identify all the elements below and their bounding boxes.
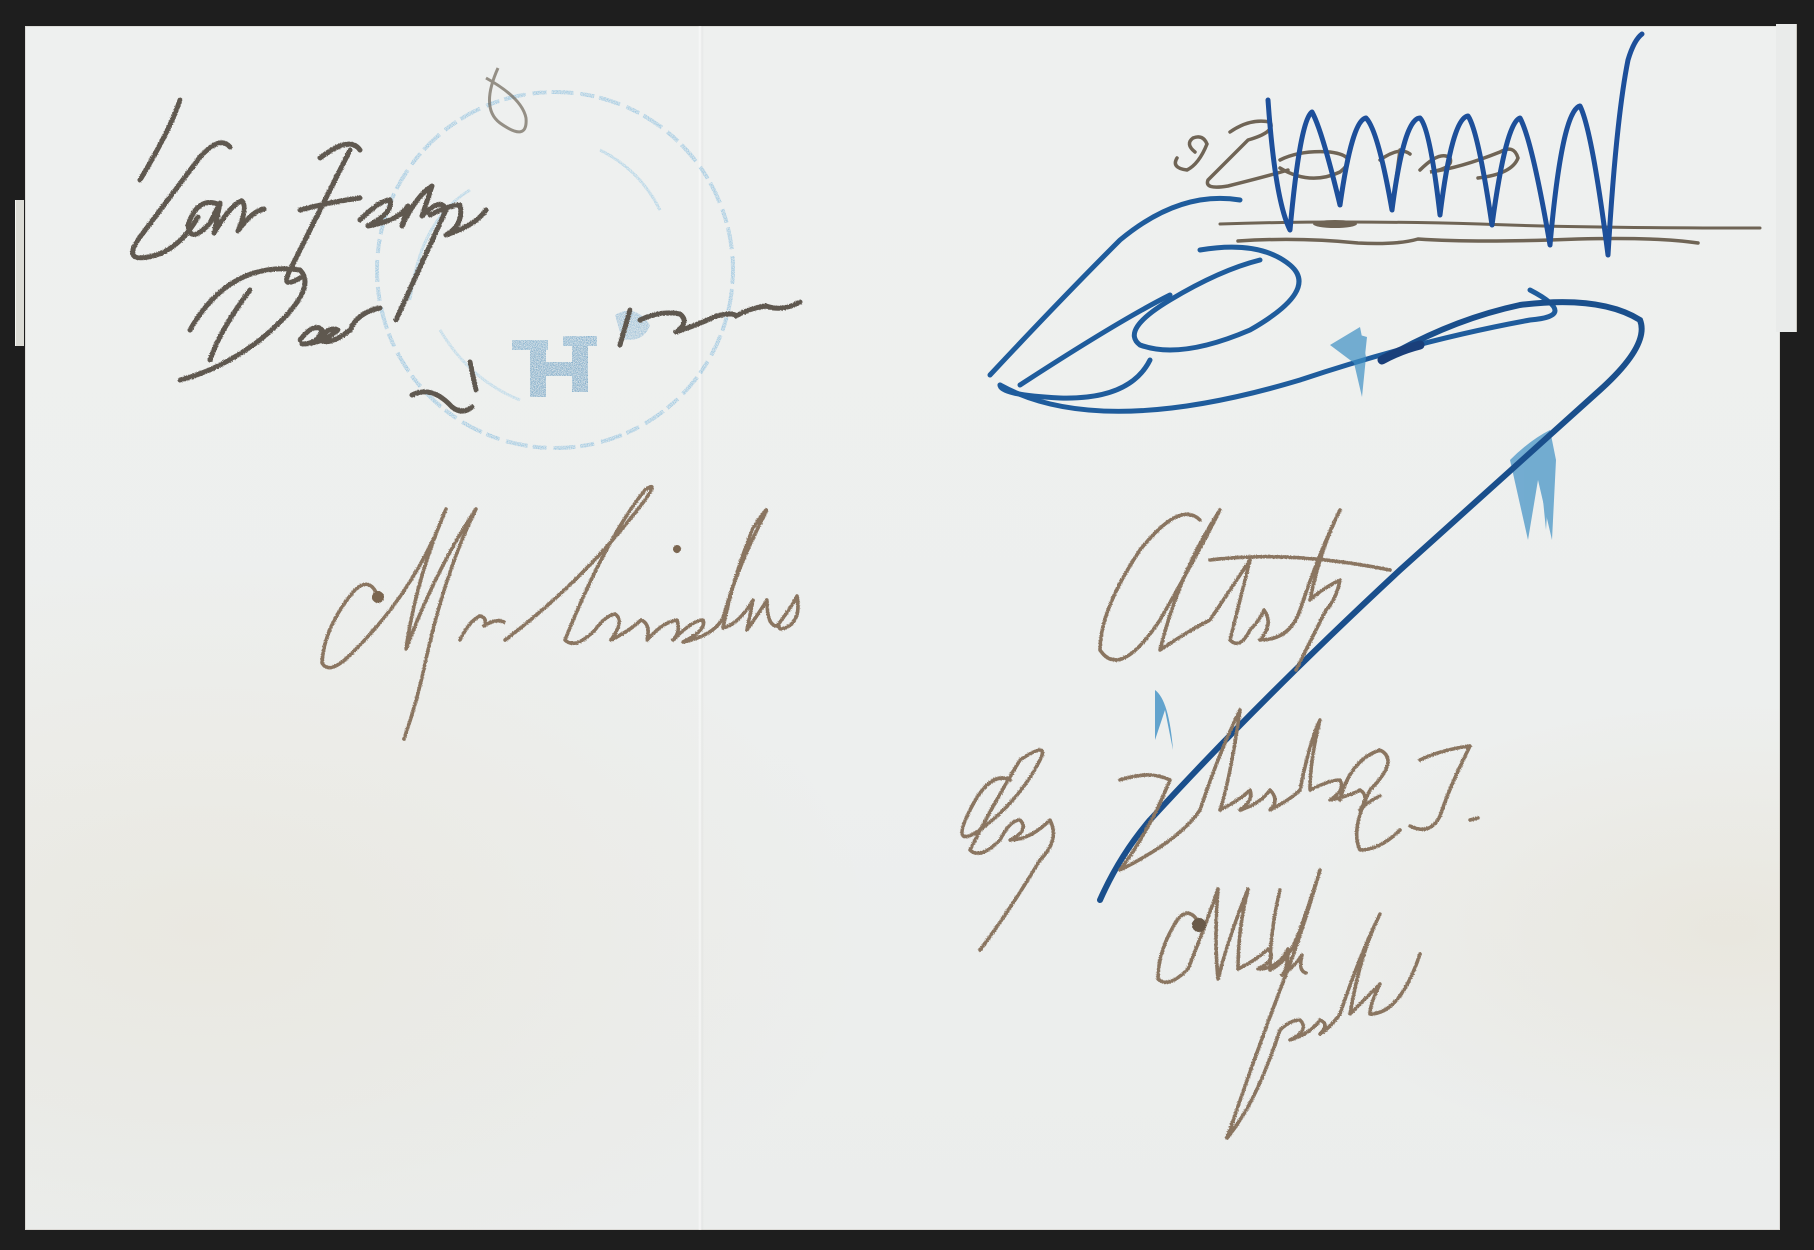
blue-rate-numeral-7 bbox=[1100, 302, 1642, 900]
blue-rate-numeral-2 bbox=[990, 198, 1555, 411]
crossed-out-rate bbox=[1175, 121, 1760, 243]
address-line3-ink bbox=[1158, 870, 1420, 1138]
ink-markings bbox=[0, 0, 1814, 1250]
blue-ink-drips bbox=[1330, 327, 1556, 540]
postmark-letter-h bbox=[512, 336, 597, 397]
address-ink bbox=[322, 487, 1390, 739]
